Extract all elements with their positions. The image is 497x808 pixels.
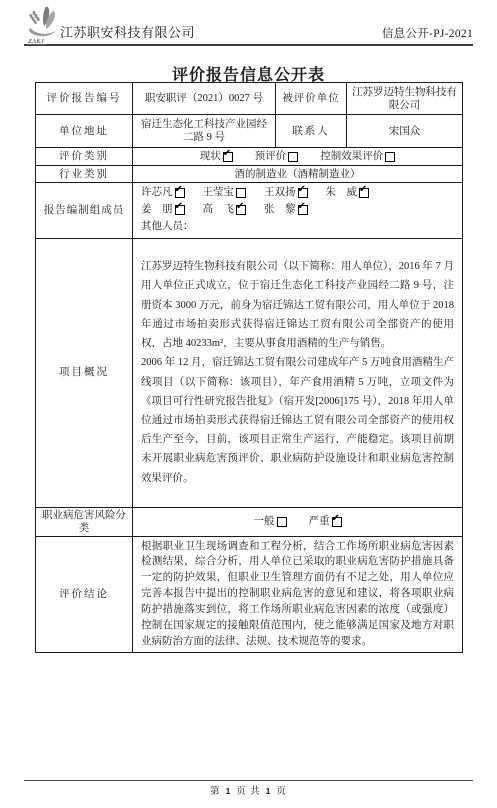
checked-checkbox-icon [298, 188, 308, 198]
evaluation-report-table: 评价报告编号 职安职评（2021）0027 号 被评价单位 江苏罗迈特生物科技有… [35, 82, 463, 653]
checked-checkbox-icon [332, 517, 342, 527]
header-left: ZAKJ 江苏职安科技有限公司 [24, 3, 195, 43]
option-label: 现状 [200, 150, 221, 163]
team-member-line: 姜 朋高 飞张 黎 [141, 202, 454, 219]
team-member: 姜 朋 [141, 202, 185, 219]
industry-label: 行业类别 [36, 166, 133, 183]
table-row: 项目概况 江苏罗迈特生物科技有限公司（以下简称：用人单位），2016 年 7 月… [36, 238, 463, 507]
table-row: 职业病危害风险分类 一般严重 [36, 507, 463, 536]
eval-category-options: 现状预评价控制效果评价 [133, 148, 463, 166]
option-label: 预评价 [255, 150, 287, 163]
table-row: 评价结论 根据职业卫生现场调查和工程分析，结合工作场所职业病危害因素检测结果，综… [36, 536, 463, 652]
contact-label: 联系人 [276, 115, 347, 148]
team-member-line: 许芯凡王莹宝王双扬朱 威 [141, 185, 454, 202]
table-row: 单位地址 宿迁生态化工科技产业园经二路 9 号 联系人 宋国众 [36, 115, 463, 148]
checked-checkbox-icon [175, 188, 185, 198]
table-row: 行业类别 酒的制造业（酒精制造业） [36, 166, 463, 183]
risk-class-label: 职业病危害风险分类 [36, 507, 133, 536]
checkbox-option: 一般 [254, 515, 287, 528]
option-label: 严重 [309, 515, 330, 528]
overview-label: 项目概况 [36, 238, 133, 507]
team-member: 许芯凡 [141, 185, 185, 202]
overview-text: 江苏罗迈特生物科技有限公司（以下简称：用人单位），2016 年 7 月用人单位正… [133, 238, 463, 507]
unchecked-checkbox-icon [385, 152, 395, 162]
overview-paragraph: 2006 年 12 月，宿迁锦达工贸有限公司建成年产 5 万吨食用酒精生产线项目… [141, 353, 454, 487]
table-row: 评价类别 现状预评价控制效果评价 [36, 148, 463, 166]
conclusion-label: 评价结论 [36, 536, 133, 652]
company-logo-icon: ZAKJ [24, 6, 62, 46]
member-name: 王莹宝 [203, 185, 235, 202]
doc-code: 信息公开-PJ-2021 [382, 25, 473, 43]
member-name: 姜 朋 [141, 202, 173, 219]
footer-text-part: 页 [274, 787, 289, 797]
evaluated-unit-label: 被评价单位 [276, 83, 347, 115]
checked-checkbox-icon [298, 205, 308, 215]
member-name: 王双扬 [264, 185, 296, 202]
team-member: 张 黎 [264, 202, 308, 219]
report-no-value: 职安职评（2021）0027 号 [133, 83, 276, 115]
page-number-text: 第1页 共1页 [208, 787, 289, 797]
table-row: 评价报告编号 职安职评（2021）0027 号 被评价单位 江苏罗迈特生物科技有… [36, 83, 463, 115]
checkbox-option: 控制效果评价 [320, 150, 395, 163]
unchecked-checkbox-icon [277, 517, 287, 527]
table-row: 报告编制组成员 许芯凡王莹宝王双扬朱 威姜 朋高 飞张 黎 其他人员： [36, 183, 463, 239]
member-name: 朱 威 [326, 185, 358, 202]
checked-checkbox-icon [236, 205, 246, 215]
option-label: 控制效果评价 [320, 150, 383, 163]
checkbox-option: 预评价 [255, 150, 299, 163]
checked-checkbox-icon [175, 205, 185, 215]
page-header: ZAKJ 江苏职安科技有限公司 信息公开-PJ-2021 [24, 4, 473, 46]
member-name: 高 飞 [203, 202, 235, 219]
footer-text-part: 页 共 [234, 787, 262, 797]
company-name: 江苏职安科技有限公司 [60, 22, 195, 43]
checkbox-option: 严重 [309, 515, 342, 528]
overview-paragraph: 江苏罗迈特生物科技有限公司（以下简称：用人单位），2016 年 7 月用人单位正… [141, 257, 454, 353]
evaluated-unit-value: 江苏罗迈特生物科技有限公司 [347, 83, 463, 115]
member-name: 张 黎 [264, 202, 296, 219]
contact-value: 宋国众 [347, 115, 463, 148]
eval-category-label: 评价类别 [36, 148, 133, 166]
report-no-label: 评价报告编号 [36, 83, 133, 115]
option-label: 一般 [254, 515, 275, 528]
conclusion-text: 根据职业卫生现场调查和工程分析，结合工作场所职业病危害因素检测结果，综合分析，用… [133, 536, 463, 652]
unchecked-checkbox-icon [288, 152, 298, 162]
team-members-cell: 许芯凡王莹宝王双扬朱 威姜 朋高 飞张 黎 其他人员： [133, 183, 463, 239]
logo-zakj-text: ZAKJ [27, 38, 45, 45]
team-member: 王莹宝 [203, 185, 247, 202]
team-member: 高 飞 [203, 202, 247, 219]
checked-checkbox-icon [223, 152, 233, 162]
address-label: 单位地址 [36, 115, 133, 148]
team-member: 朱 威 [326, 185, 370, 202]
checkbox-option: 现状 [200, 150, 233, 163]
industry-value: 酒的制造业（酒精制造业） [133, 166, 463, 183]
footer-text-part: 1 [263, 786, 275, 796]
member-name: 许芯凡 [141, 185, 173, 202]
team-others-label: 其他人员： [141, 219, 454, 236]
unchecked-checkbox-icon [236, 188, 246, 198]
footer-text-part: 1 [223, 786, 235, 796]
team-label: 报告编制组成员 [36, 183, 133, 239]
page-footer: 第1页 共1页 [24, 780, 473, 797]
checked-checkbox-icon [359, 188, 369, 198]
address-value: 宿迁生态化工科技产业园经二路 9 号 [133, 115, 276, 148]
risk-class-options: 一般严重 [133, 507, 463, 536]
team-member: 王双扬 [264, 185, 308, 202]
footer-text-part: 第 [208, 787, 223, 797]
